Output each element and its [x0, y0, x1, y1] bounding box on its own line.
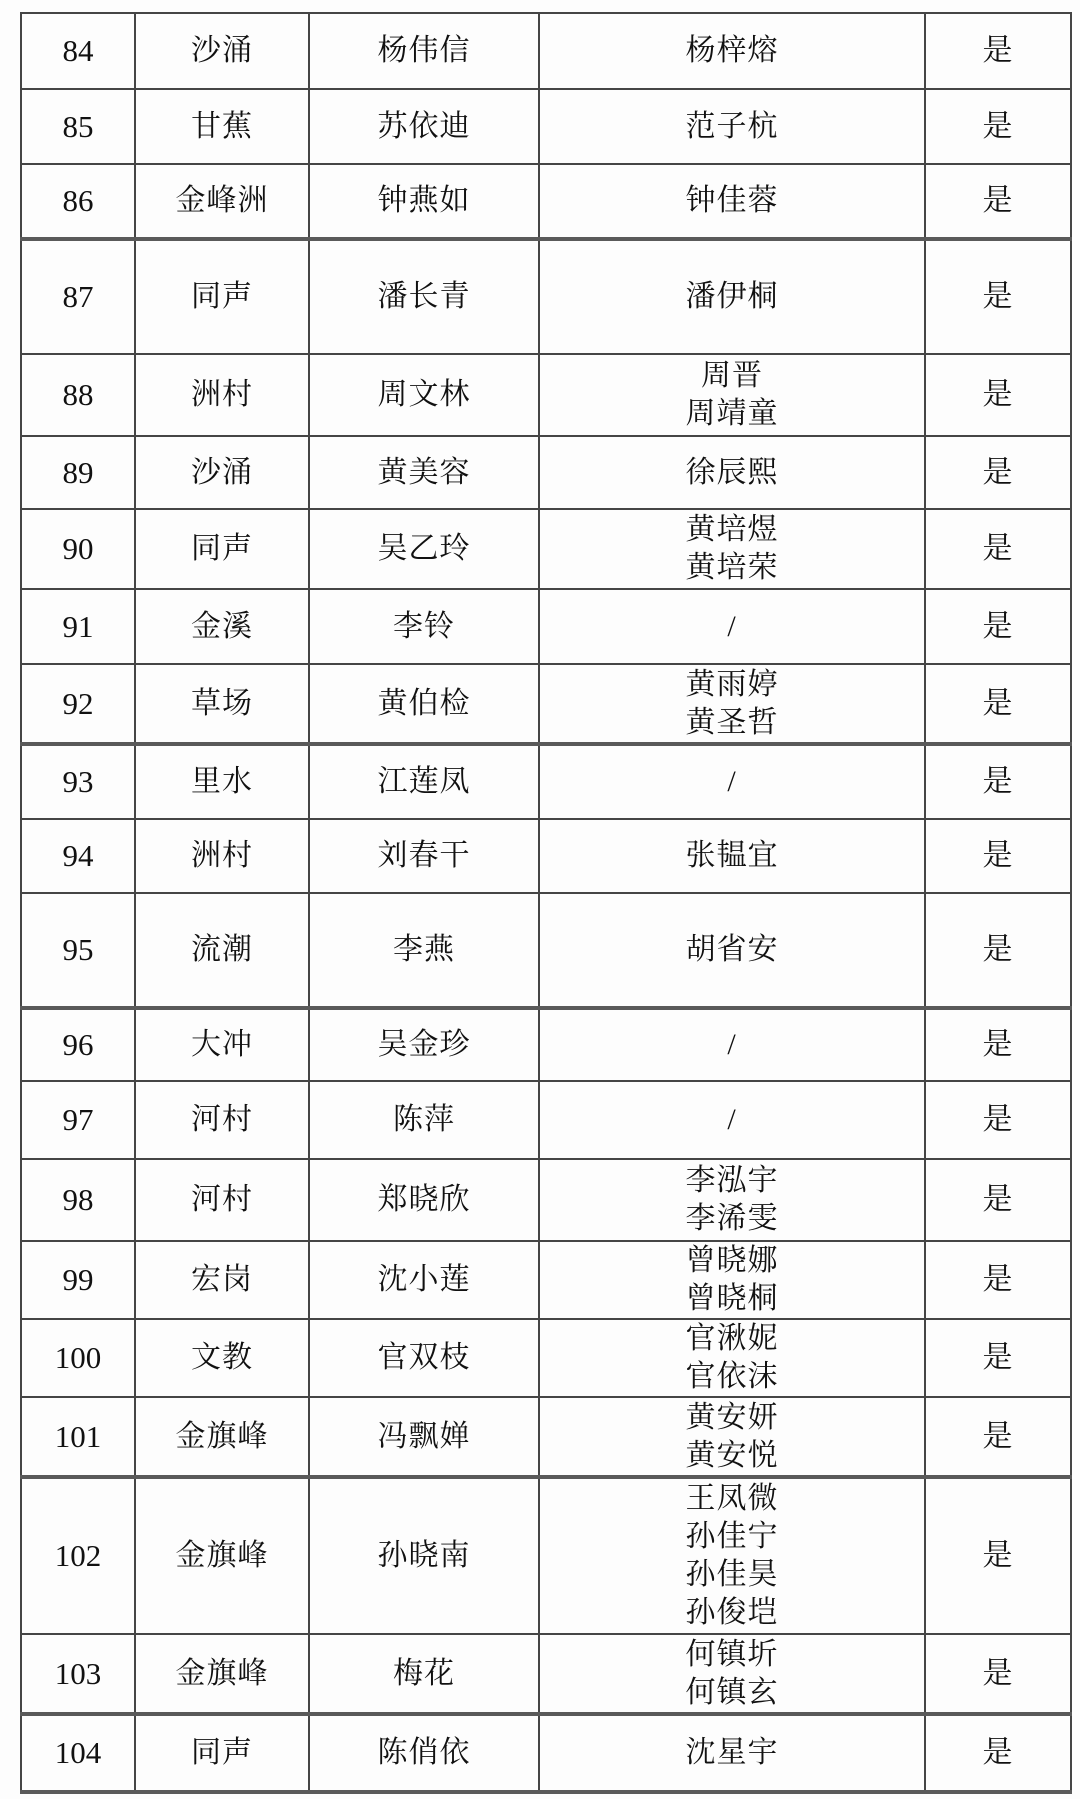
- table-row: 89沙涌黄美容徐辰熙是: [21, 436, 1071, 509]
- children-names-cell: 徐辰熙: [539, 436, 925, 509]
- child-name: /: [544, 1026, 920, 1064]
- child-name: /: [544, 608, 920, 646]
- child-name: 王凤微: [544, 1480, 920, 1518]
- child-name: 李浠雯: [544, 1200, 920, 1238]
- child-name: 周靖童: [544, 395, 920, 433]
- row-number-cell: 94: [21, 819, 135, 893]
- child-name: 沈星宇: [544, 1734, 920, 1772]
- adult-name-cell: 杨伟信: [309, 13, 539, 89]
- children-names-cell: 官湫妮官依沫: [539, 1319, 925, 1397]
- child-name: 张韫宜: [544, 837, 920, 875]
- child-name: 孙俊垲: [544, 1594, 920, 1632]
- child-name: 黄安妍: [544, 1399, 920, 1437]
- status-cell: 是: [925, 89, 1071, 164]
- village-cell: 大冲: [135, 1008, 309, 1081]
- village-cell: 洲村: [135, 354, 309, 436]
- children-names-cell: 周晋周靖童: [539, 354, 925, 436]
- row-number-cell: 100: [21, 1319, 135, 1397]
- children-names-cell: 黄安妍黄安悦: [539, 1397, 925, 1477]
- adult-name-cell: 孙晓南: [309, 1477, 539, 1634]
- village-cell: 里水: [135, 744, 309, 819]
- row-number-cell: 84: [21, 13, 135, 89]
- row-number-cell: 98: [21, 1159, 135, 1241]
- table-row: 84沙涌杨伟信杨梓熔是: [21, 13, 1071, 89]
- table-row: 100文教官双枝官湫妮官依沫是: [21, 1319, 1071, 1397]
- children-names-cell: 何镇圻何镇玄: [539, 1634, 925, 1714]
- row-number-cell: 103: [21, 1634, 135, 1714]
- roster-table: 84沙涌杨伟信杨梓熔是85甘蕉苏依迪范子杭是86金峰洲钟燕如钟佳蓉是87同声潘长…: [20, 12, 1072, 1794]
- children-names-cell: 李泓宇李浠雯: [539, 1159, 925, 1241]
- child-name: /: [544, 1101, 920, 1139]
- row-number-cell: 97: [21, 1081, 135, 1159]
- adult-name-cell: 冯飘婵: [309, 1397, 539, 1477]
- row-number-cell: 101: [21, 1397, 135, 1477]
- table-row: 103金旗峰梅花何镇圻何镇玄是: [21, 1634, 1071, 1714]
- children-names-cell: /: [539, 589, 925, 664]
- village-cell: 河村: [135, 1159, 309, 1241]
- adult-name-cell: 官双枝: [309, 1319, 539, 1397]
- row-number-cell: 92: [21, 664, 135, 744]
- children-names-cell: /: [539, 1008, 925, 1081]
- village-cell: 同声: [135, 1714, 309, 1792]
- children-names-cell: 杨梓熔: [539, 13, 925, 89]
- row-number-cell: 95: [21, 893, 135, 1008]
- children-names-cell: 范子杭: [539, 89, 925, 164]
- children-names-cell: 胡省安: [539, 893, 925, 1008]
- status-cell: 是: [925, 436, 1071, 509]
- table-row: 86金峰洲钟燕如钟佳蓉是: [21, 164, 1071, 239]
- village-cell: 沙涌: [135, 436, 309, 509]
- child-name: 孙佳昊: [544, 1556, 920, 1594]
- status-cell: 是: [925, 893, 1071, 1008]
- child-name: 黄安悦: [544, 1437, 920, 1475]
- status-cell: 是: [925, 13, 1071, 89]
- adult-name-cell: 黄美容: [309, 436, 539, 509]
- adult-name-cell: 陈俏依: [309, 1714, 539, 1792]
- adult-name-cell: 李燕: [309, 893, 539, 1008]
- children-names-cell: 钟佳蓉: [539, 164, 925, 239]
- row-number-cell: 87: [21, 239, 135, 354]
- adult-name-cell: 陈萍: [309, 1081, 539, 1159]
- row-number-cell: 99: [21, 1241, 135, 1319]
- row-number-cell: 89: [21, 436, 135, 509]
- adult-name-cell: 黄伯检: [309, 664, 539, 744]
- table-row: 95流潮李燕胡省安是: [21, 893, 1071, 1008]
- children-names-cell: 曾晓娜曾晓桐: [539, 1241, 925, 1319]
- adult-name-cell: 周文林: [309, 354, 539, 436]
- table-row: 96大冲吴金珍/是: [21, 1008, 1071, 1081]
- village-cell: 同声: [135, 239, 309, 354]
- table-row: 101金旗峰冯飘婵黄安妍黄安悦是: [21, 1397, 1071, 1477]
- status-cell: 是: [925, 1634, 1071, 1714]
- row-number-cell: 104: [21, 1714, 135, 1792]
- child-name: 黄雨婷: [544, 666, 920, 704]
- village-cell: 草场: [135, 664, 309, 744]
- child-name: 何镇玄: [544, 1674, 920, 1712]
- table-row: 102金旗峰孙晓南王凤微孙佳宁孙佳昊孙俊垲是: [21, 1477, 1071, 1634]
- row-number-cell: 88: [21, 354, 135, 436]
- village-cell: 河村: [135, 1081, 309, 1159]
- children-names-cell: /: [539, 1081, 925, 1159]
- children-names-cell: 潘伊桐: [539, 239, 925, 354]
- village-cell: 金旗峰: [135, 1477, 309, 1634]
- adult-name-cell: 刘春干: [309, 819, 539, 893]
- village-cell: 文教: [135, 1319, 309, 1397]
- child-name: 官湫妮: [544, 1320, 920, 1358]
- table-row: 93里水江莲凤/是: [21, 744, 1071, 819]
- adult-name-cell: 江莲凤: [309, 744, 539, 819]
- table-row: 104同声陈俏依沈星宇是: [21, 1714, 1071, 1792]
- village-cell: 金溪: [135, 589, 309, 664]
- children-names-cell: 黄雨婷黄圣哲: [539, 664, 925, 744]
- status-cell: 是: [925, 664, 1071, 744]
- village-cell: 甘蕉: [135, 89, 309, 164]
- child-name: /: [544, 763, 920, 801]
- row-number-cell: 86: [21, 164, 135, 239]
- status-cell: 是: [925, 164, 1071, 239]
- row-number-cell: 85: [21, 89, 135, 164]
- status-cell: 是: [925, 509, 1071, 589]
- row-number-cell: 90: [21, 509, 135, 589]
- child-name: 黄圣哲: [544, 704, 920, 742]
- child-name: 徐辰熙: [544, 454, 920, 492]
- status-cell: 是: [925, 1477, 1071, 1634]
- adult-name-cell: 梅花: [309, 1634, 539, 1714]
- village-cell: 沙涌: [135, 13, 309, 89]
- status-cell: 是: [925, 1319, 1071, 1397]
- child-name: 胡省安: [544, 931, 920, 969]
- document-page: 84沙涌杨伟信杨梓熔是85甘蕉苏依迪范子杭是86金峰洲钟燕如钟佳蓉是87同声潘长…: [0, 0, 1080, 1799]
- village-cell: 同声: [135, 509, 309, 589]
- child-name: 钟佳蓉: [544, 182, 920, 220]
- status-cell: 是: [925, 589, 1071, 664]
- adult-name-cell: 李铃: [309, 589, 539, 664]
- status-cell: 是: [925, 354, 1071, 436]
- table-row: 87同声潘长青潘伊桐是: [21, 239, 1071, 354]
- row-number-cell: 91: [21, 589, 135, 664]
- village-cell: 宏岗: [135, 1241, 309, 1319]
- table-row: 97河村陈萍/是: [21, 1081, 1071, 1159]
- adult-name-cell: 潘长青: [309, 239, 539, 354]
- child-name: 何镇圻: [544, 1636, 920, 1674]
- child-name: 周晋: [544, 357, 920, 395]
- child-name: 曾晓桐: [544, 1280, 920, 1318]
- adult-name-cell: 吴金珍: [309, 1008, 539, 1081]
- children-names-cell: 黄培煜黄培荣: [539, 509, 925, 589]
- child-name: 潘伊桐: [544, 278, 920, 316]
- child-name: 孙佳宁: [544, 1518, 920, 1556]
- table-row: 99宏岗沈小莲曾晓娜曾晓桐是: [21, 1241, 1071, 1319]
- village-cell: 金旗峰: [135, 1397, 309, 1477]
- child-name: 杨梓熔: [544, 32, 920, 70]
- adult-name-cell: 苏依迪: [309, 89, 539, 164]
- status-cell: 是: [925, 1714, 1071, 1792]
- status-cell: 是: [925, 1397, 1071, 1477]
- child-name: 黄培煜: [544, 511, 920, 549]
- children-names-cell: 沈星宇: [539, 1714, 925, 1792]
- child-name: 黄培荣: [544, 549, 920, 587]
- table-row: 88洲村周文林周晋周靖童是: [21, 354, 1071, 436]
- adult-name-cell: 郑晓欣: [309, 1159, 539, 1241]
- table-row: 91金溪李铃/是: [21, 589, 1071, 664]
- child-name: 李泓宇: [544, 1162, 920, 1200]
- table-row: 92草场黄伯检黄雨婷黄圣哲是: [21, 664, 1071, 744]
- children-names-cell: 王凤微孙佳宁孙佳昊孙俊垲: [539, 1477, 925, 1634]
- table-row: 98河村郑晓欣李泓宇李浠雯是: [21, 1159, 1071, 1241]
- adult-name-cell: 钟燕如: [309, 164, 539, 239]
- village-cell: 流潮: [135, 893, 309, 1008]
- status-cell: 是: [925, 239, 1071, 354]
- child-name: 曾晓娜: [544, 1242, 920, 1280]
- row-number-cell: 93: [21, 744, 135, 819]
- child-name: 范子杭: [544, 108, 920, 146]
- row-number-cell: 96: [21, 1008, 135, 1081]
- children-names-cell: /: [539, 744, 925, 819]
- status-cell: 是: [925, 1008, 1071, 1081]
- table-row: 94洲村刘春干张韫宜是: [21, 819, 1071, 893]
- status-cell: 是: [925, 1159, 1071, 1241]
- village-cell: 金峰洲: [135, 164, 309, 239]
- table-row: 90同声吴乙玲黄培煜黄培荣是: [21, 509, 1071, 589]
- child-name: 官依沫: [544, 1358, 920, 1396]
- status-cell: 是: [925, 1241, 1071, 1319]
- table-row: 85甘蕉苏依迪范子杭是: [21, 89, 1071, 164]
- adult-name-cell: 沈小莲: [309, 1241, 539, 1319]
- status-cell: 是: [925, 819, 1071, 893]
- children-names-cell: 张韫宜: [539, 819, 925, 893]
- row-number-cell: 102: [21, 1477, 135, 1634]
- village-cell: 金旗峰: [135, 1634, 309, 1714]
- status-cell: 是: [925, 1081, 1071, 1159]
- village-cell: 洲村: [135, 819, 309, 893]
- adult-name-cell: 吴乙玲: [309, 509, 539, 589]
- status-cell: 是: [925, 744, 1071, 819]
